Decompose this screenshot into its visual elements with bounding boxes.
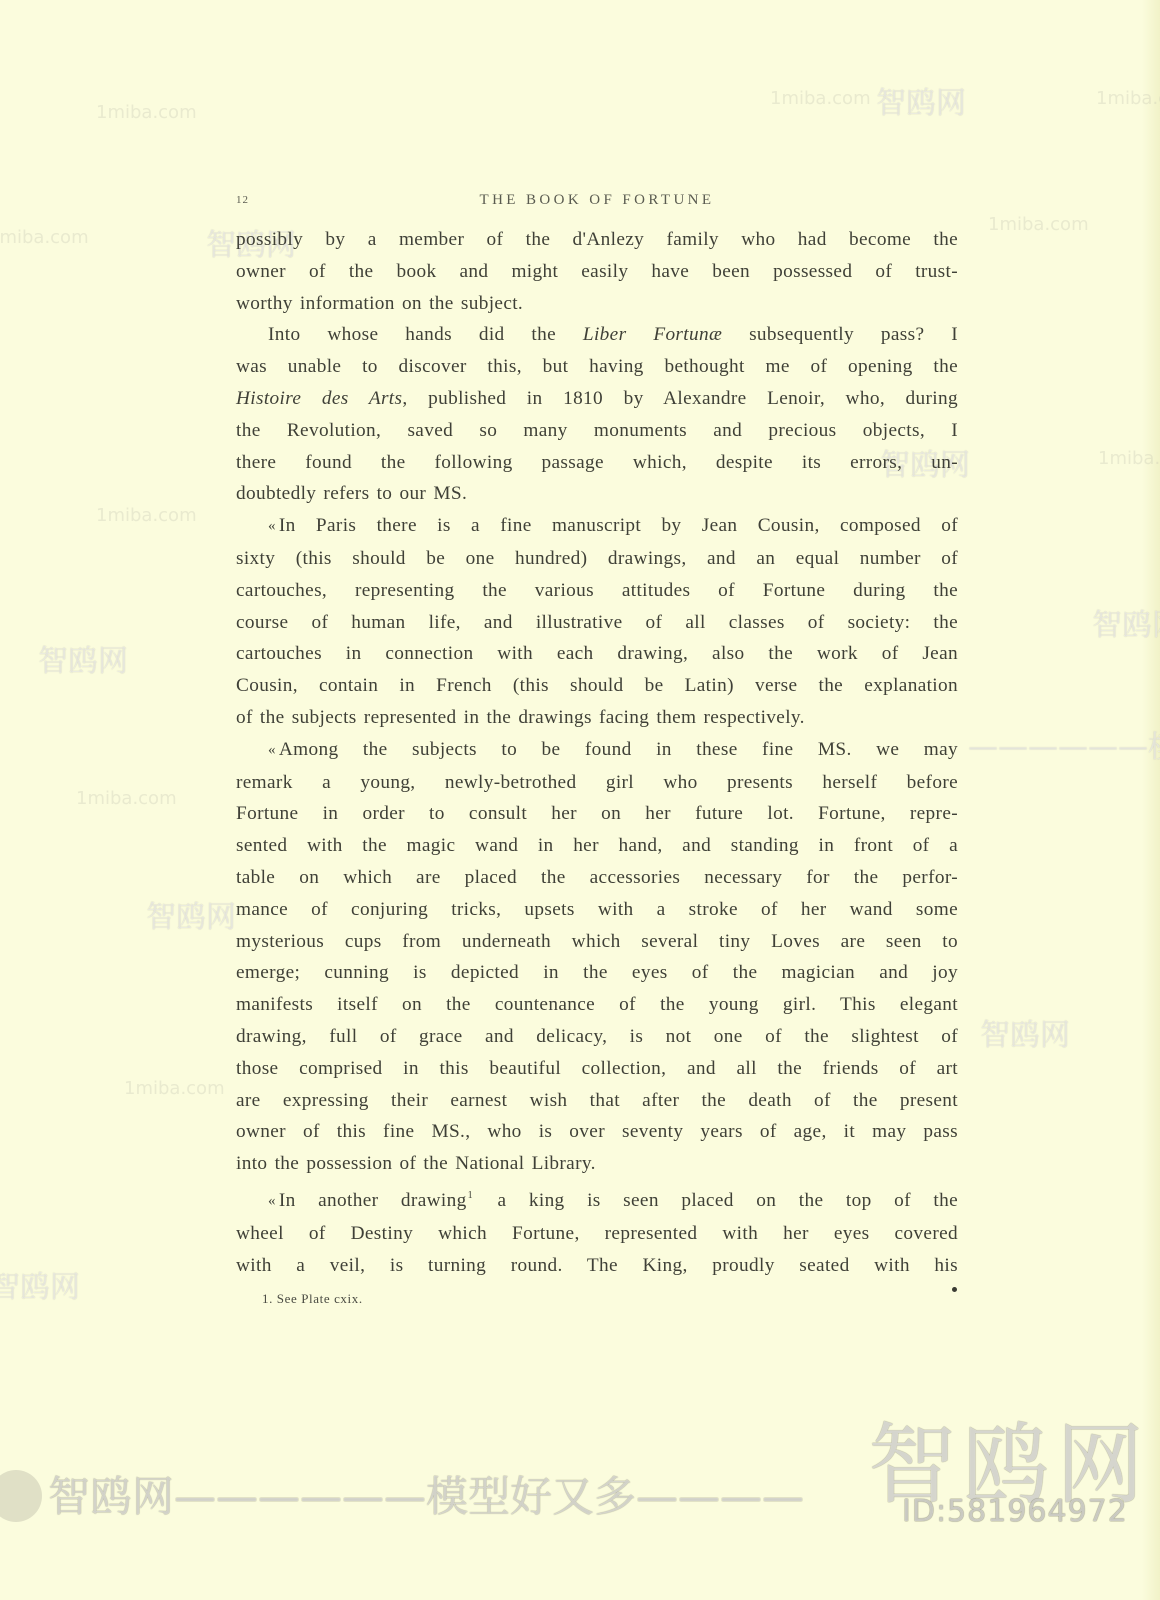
text-line: mysterious cups from underneath which se…	[236, 926, 958, 958]
text-line: wheel of Destiny which Fortune, represen…	[236, 1218, 958, 1250]
watermark-id: ID:581964972	[902, 1494, 1128, 1529]
text-line: Cousin, contain in French (this should b…	[236, 670, 958, 702]
watermark-brand: 智鸥网	[876, 78, 966, 122]
watermark-site: 1miba.com	[988, 214, 1089, 235]
watermark-brand-large: 智鸥网	[868, 1395, 1150, 1521]
text-line: doubtedly refers to our MS.	[236, 478, 958, 510]
watermark-site: 1miba.com	[0, 227, 89, 248]
italic-title-liber-fortunae: Liber Fortunæ	[583, 324, 722, 345]
text-line: table on which are placed the accessorie…	[236, 862, 958, 894]
text-run: In Paris there is a fine manuscript by J…	[279, 515, 958, 536]
text-line: of the subjects represented in the drawi…	[236, 702, 958, 734]
watermark-site: 1miba.com	[770, 88, 871, 109]
watermark-brand: 智鸥网	[38, 636, 128, 680]
watermark-slogan: ——————模型好又多	[968, 722, 1160, 766]
text-line: «In Paris there is a fine manuscript by …	[236, 510, 958, 543]
watermark-slogan-banner: 智鸥网——————模型好又多————	[48, 1464, 804, 1524]
watermark-site: 1miba.com	[96, 505, 197, 526]
text-line: possibly by a member of the d'Anlezy fam…	[236, 224, 958, 256]
text-run: subsequently pass? I	[722, 324, 958, 345]
open-quote-mark: «	[268, 1193, 276, 1209]
paragraph: possibly by a member of the d'Anlezy fam…	[236, 224, 958, 319]
text-line: owner of the book and might easily have …	[236, 256, 958, 288]
body-text: possibly by a member of the d'Anlezy fam…	[236, 224, 958, 1281]
text-line: worthy information on the subject.	[236, 288, 958, 320]
text-line: those comprised in this beautiful collec…	[236, 1053, 958, 1085]
watermark-brand: 智鸥网	[980, 1010, 1070, 1054]
text-line: owner of this fine MS., who is over seve…	[236, 1116, 958, 1148]
open-quote-mark: «	[268, 518, 276, 534]
text-run: Among the subjects to be found in these …	[279, 739, 958, 760]
watermark-brand: 智鸥网	[0, 1262, 80, 1306]
text-line: into the possession of the National Libr…	[236, 1148, 958, 1180]
text-line: «Among the subjects to be found in these…	[236, 734, 958, 767]
paragraph-quote: «In Paris there is a fine manuscript by …	[236, 510, 958, 734]
text-line: «In another drawing1 a king is seen plac…	[236, 1180, 958, 1218]
ink-speck	[952, 1287, 957, 1292]
text-run: Into whose hands did the	[268, 324, 583, 345]
text-line: mance of conjuring tricks, upsets with a…	[236, 894, 958, 926]
paragraph-quote: «Among the subjects to be found in these…	[236, 734, 958, 1180]
text-line: cartouches, representing the various att…	[236, 575, 958, 607]
text-line: emerge; cunning is depicted in the eyes …	[236, 957, 958, 989]
text-line: Histoire des Arts, published in 1810 by …	[236, 383, 958, 415]
text-line: the Revolution, saved so many monuments …	[236, 415, 958, 447]
text-line: sixty (this should be one hundred) drawi…	[236, 543, 958, 575]
text-line: are expressing their earnest wish that a…	[236, 1085, 958, 1117]
running-title: THE BOOK OF FORTUNE	[236, 192, 958, 209]
text-line: manifests itself on the countenance of t…	[236, 989, 958, 1021]
watermark-site: 1miba.com	[76, 788, 177, 809]
watermark-site: 1miba.com	[96, 102, 197, 123]
text-line: was unable to discover this, but having …	[236, 351, 958, 383]
text-line: remark a young, newly-betrothed girl who…	[236, 767, 958, 799]
bird-logo-icon	[0, 1470, 42, 1522]
open-quote-mark: «	[268, 742, 276, 758]
text-line: with a veil, is turning round. The King,…	[236, 1250, 958, 1282]
footnote: 1. See Plate cxix.	[236, 1291, 958, 1307]
text-line: course of human life, and illustrative o…	[236, 607, 958, 639]
footnote-reference[interactable]: 1	[468, 1190, 473, 1201]
text-line: sented with the magic wand in her hand, …	[236, 830, 958, 862]
text-line: Into whose hands did the Liber Fortunæ s…	[236, 319, 958, 351]
book-page: 12 THE BOOK OF FORTUNE possibly by a mem…	[236, 188, 958, 1307]
paragraph: Into whose hands did the Liber Fortunæ s…	[236, 319, 958, 510]
text-line: there found the following passage which,…	[236, 447, 958, 479]
text-run: , published in 1810 by Alexandre Lenoir,…	[402, 388, 958, 409]
watermark-brand: 智鸥网	[146, 892, 236, 936]
text-line: Fortune in order to consult her on her f…	[236, 798, 958, 830]
text-run: In another drawing	[279, 1190, 467, 1211]
text-run: a king is seen placed on the top of the	[475, 1190, 958, 1211]
watermark-site: 1miba.com	[124, 1078, 225, 1099]
italic-title-histoire-des-arts: Histoire des Arts	[236, 388, 402, 409]
text-line: drawing, full of grace and delicacy, is …	[236, 1021, 958, 1053]
text-line: cartouches in connection with each drawi…	[236, 638, 958, 670]
page-edge-shadow	[1142, 0, 1160, 1600]
running-header: 12 THE BOOK OF FORTUNE	[236, 188, 958, 216]
paragraph-quote: «In another drawing1 a king is seen plac…	[236, 1180, 958, 1281]
